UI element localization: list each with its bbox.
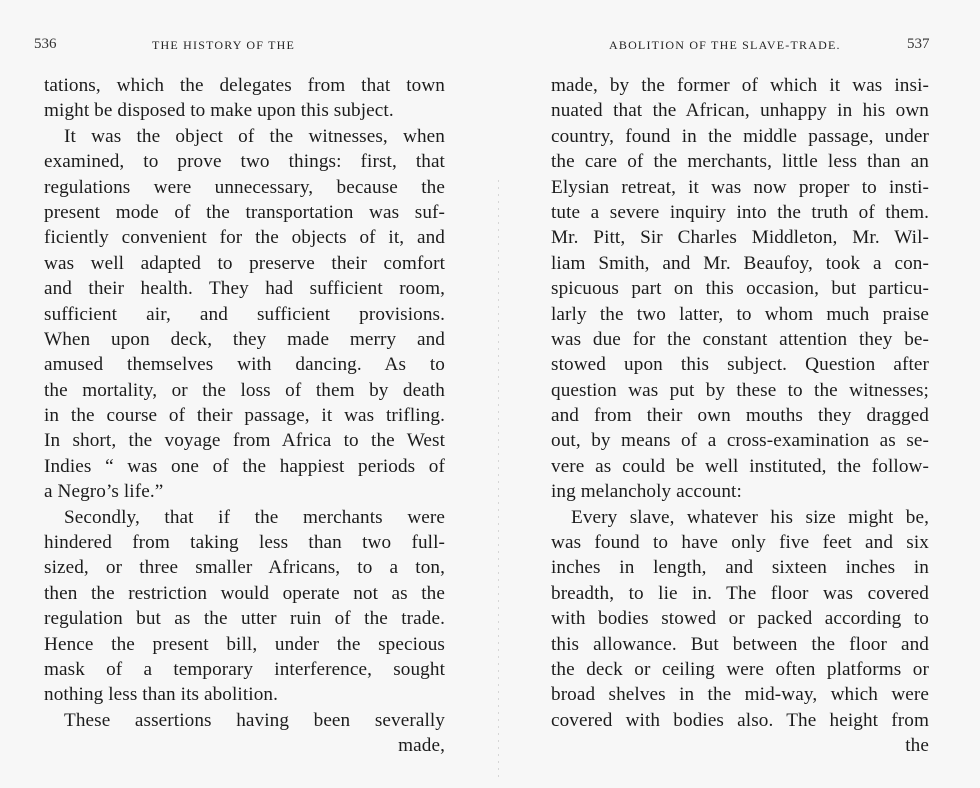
text-line: country, found in the middle passage, un… xyxy=(551,124,929,149)
text-line: spicuous part on this occasion, but part… xyxy=(551,276,929,301)
text-line: mask of a temporary interference, sought xyxy=(44,657,445,682)
text-line: sufficient air, and sufficient provision… xyxy=(44,302,445,327)
text-line: regulations were unnecessary, because th… xyxy=(44,175,445,200)
text-line: the deck or ceiling were often platforms… xyxy=(551,657,929,682)
text-line: Indies “ was one of the happiest periods… xyxy=(44,454,445,479)
text-line: inches in length, and sixteen inches in xyxy=(551,555,929,580)
text-line: in the course of their passage, it was t… xyxy=(44,403,445,428)
text-line: stowed upon this subject. Question after xyxy=(551,352,929,377)
text-line: Elysian retreat, it was now proper to in… xyxy=(551,175,929,200)
text-line: breadth, to lie in. The floor was covere… xyxy=(551,581,929,606)
text-line: then the restriction would operate not a… xyxy=(44,581,445,606)
text-line: was found to have only five feet and six xyxy=(551,530,929,555)
text-line: the mortality, or the loss of them by de… xyxy=(44,378,445,403)
text-line: amused themselves with dancing. As to xyxy=(44,352,445,377)
text-line: nuated that the African, unhappy in his … xyxy=(551,98,929,123)
running-head: ABOLITION OF THE SLAVE-TRADE. xyxy=(609,38,841,53)
text-line: made, xyxy=(44,733,445,758)
text-line: out, by means of a cross-examination as … xyxy=(551,428,929,453)
page-number: 536 xyxy=(34,36,57,53)
text-line: and from their own mouths they dragged xyxy=(551,403,929,428)
text-line: tations, which the delegates from that t… xyxy=(44,73,445,98)
text-line: sized, or three smaller Africans, to a t… xyxy=(44,555,445,580)
text-line: and their health. They had sufficient ro… xyxy=(44,276,445,301)
text-line: a Negro’s life.” xyxy=(44,479,445,504)
text-line: larly the two latter, to whom much prais… xyxy=(551,302,929,327)
body-text: tations, which the delegates from that t… xyxy=(44,73,445,759)
text-line: was due for the constant attention they … xyxy=(551,327,929,352)
running-head: THE HISTORY OF THE xyxy=(152,38,295,53)
text-line: this allowance. But between the floor an… xyxy=(551,632,929,657)
text-line: present mode of the transportation was s… xyxy=(44,200,445,225)
text-line: made, by the former of which it was insi… xyxy=(551,73,929,98)
text-line: broad shelves in the mid-way, which were xyxy=(551,682,929,707)
text-line: might be disposed to make upon this subj… xyxy=(44,98,445,123)
text-line: ing melancholy account: xyxy=(551,479,929,504)
text-line: It was the object of the witnesses, when xyxy=(44,124,445,149)
text-line: In short, the voyage from Africa to the … xyxy=(44,428,445,453)
text-line: examined, to prove two things: first, th… xyxy=(44,149,445,174)
text-line: covered with bodies also. The height fro… xyxy=(551,708,929,733)
text-line: the xyxy=(551,733,929,758)
left-page: 536 THE HISTORY OF THE tations, which th… xyxy=(0,0,490,788)
text-line: question was put by these to the witness… xyxy=(551,378,929,403)
text-line: vere as could be well instituted, the fo… xyxy=(551,454,929,479)
text-line: When upon deck, they made merry and xyxy=(44,327,445,352)
text-line: Secondly, that if the merchants were xyxy=(44,505,445,530)
text-line: Hence the present bill, under the specio… xyxy=(44,632,445,657)
text-line: Mr. Pitt, Sir Charles Middleton, Mr. Wil… xyxy=(551,225,929,250)
text-line: liam Smith, and Mr. Beaufoy, took a con- xyxy=(551,251,929,276)
body-text: made, by the former of which it was insi… xyxy=(551,73,929,759)
text-line: the care of the merchants, little less t… xyxy=(551,149,929,174)
text-line: ficiently convenient for the objects of … xyxy=(44,225,445,250)
page-number: 537 xyxy=(907,36,930,53)
text-line: with bodies stowed or packed according t… xyxy=(551,606,929,631)
text-line: hindered from taking less than two full- xyxy=(44,530,445,555)
text-line: regulation but as the utter ruin of the … xyxy=(44,606,445,631)
text-line: nothing less than its abolition. xyxy=(44,682,445,707)
text-line: was well adapted to preserve their comfo… xyxy=(44,251,445,276)
text-line: tute a severe inquiry into the truth of … xyxy=(551,200,929,225)
text-line: Every slave, whatever his size might be, xyxy=(551,505,929,530)
right-page: ABOLITION OF THE SLAVE-TRADE. 537 made, … xyxy=(490,0,980,788)
text-line: These assertions having been severally xyxy=(44,708,445,733)
